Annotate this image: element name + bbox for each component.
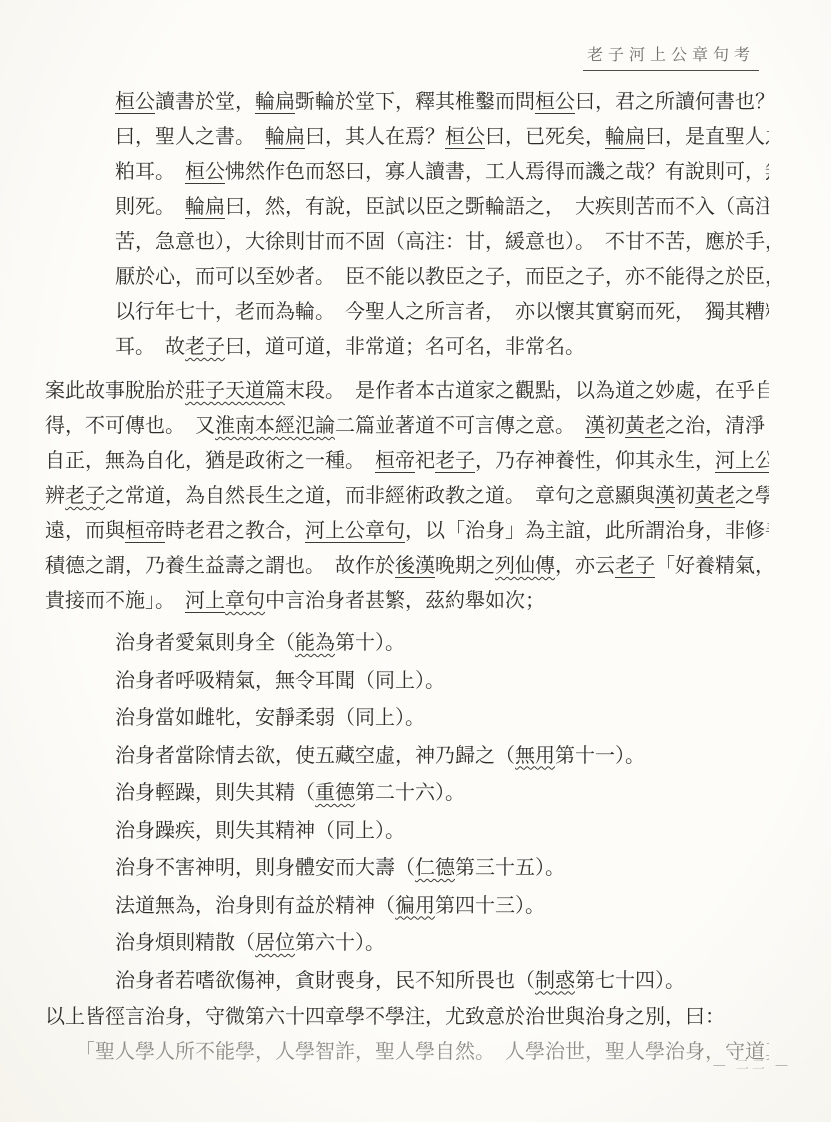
text-line: 耳。 故老子曰，道可道，非常道；名可名，非常名。 xyxy=(115,329,769,364)
text-run: 怫然作色而怒曰，寡人讀書，工人焉得而譏之哉？有說則可，無說 xyxy=(225,159,769,183)
text-run: 治身者當除情去欲，使五藏空虛，神乃歸之（ xyxy=(115,743,515,767)
text-run: 讀書於堂， xyxy=(155,89,255,113)
scanned-book-page: 老子河上公章句考 桓公讀書於堂，輪扁斲輪於堂下，釋其椎鑿而問桓公曰，君之所讀何書… xyxy=(0,0,831,1122)
list-item: 治身者呼吸精氣，無令耳聞（同上）。 xyxy=(115,662,769,700)
text-run: 第二十六）。 xyxy=(355,780,465,804)
text-run: 曰，已死矣， xyxy=(485,124,605,148)
text-line: 苦，急意也），大徐則甘而不固（高注：甘，緩意也）。 不甘不苦，應於手， xyxy=(115,224,769,259)
text-run: 厭於心，而可以至妙者。 臣不能以教臣之子，而臣之子，亦不能得之於臣，是 xyxy=(115,264,769,288)
text-run: 案此故事脫胎於 xyxy=(45,378,185,402)
text-run: 曰，然，有說，臣試以臣之斲輪語之， 大疾則苦而不入（高注： xyxy=(225,194,769,218)
text-run: 祀 xyxy=(415,448,435,472)
text-run: 苦，急意也），大徐則甘而不固（高注：甘，緩意也）。 不甘不苦，應於手， xyxy=(115,229,769,253)
book-title-mark: 重德 xyxy=(315,780,355,804)
list-item: 治身煩則精散（居位第六十）。 xyxy=(115,924,769,962)
proper-name-mark: 桓公 xyxy=(445,124,485,149)
text-run: 則死。 xyxy=(115,194,185,218)
text-line: 遠，而與桓帝時老君之教合，河上公章句，以「治身」為主誼，此所謂治身，非修善 xyxy=(45,513,769,548)
author-commentary: 案此故事脫胎於莊子天道篇末段。 是作者本古道家之觀點，以為道之妙處，在乎自 得，… xyxy=(45,373,769,618)
text-run: 初 xyxy=(605,413,625,437)
text-run: 曰，道可道，非常道；名可名，非常名。 xyxy=(225,334,585,358)
page-header: 老子河上公章句考 xyxy=(566,42,776,71)
text-run: 第十）。 xyxy=(335,630,405,654)
proper-name-mark: 老子 xyxy=(615,553,655,578)
proper-name-mark: 桓帝 xyxy=(125,518,165,543)
text-line: 則死。 輪扁曰，然，有說，臣試以臣之斲輪語之， 大疾則苦而不入（高注： xyxy=(115,189,769,224)
text-run: 「聖人學人所不能學，人學智詐，聖人學自然。 人學治世，聖人學治身，守道真 xyxy=(75,1039,769,1063)
text-run: 第七十四）。 xyxy=(575,968,685,992)
text-run: 時老君之教合， xyxy=(165,518,305,542)
list-item: 治身躁疾，則失其精神（同上）。 xyxy=(115,812,769,850)
list-item: 法道無為，治身則有益於精神（徧用第四十三）。 xyxy=(115,887,769,925)
closing-remark: 以上皆徑言治身，守微第六十四章學不學注，尤致意於治世與治身之別，曰： xyxy=(45,999,769,1034)
book-title-mark: 徧用 xyxy=(395,893,435,917)
proper-name-mark: 河上 xyxy=(185,588,225,613)
proper-name-mark: 輪扁 xyxy=(605,124,645,149)
text-run: 曰，君之所讀何書也？ xyxy=(575,89,769,113)
text-run: 治身躁疾，則失其精神（同上）。 xyxy=(115,818,405,842)
proper-name-mark: 桓公 xyxy=(185,159,225,184)
text-run: 之常道，為自然長生之道，而非經術政教之道。 章句之意顯與 xyxy=(105,483,655,507)
page-number: — 二二 — xyxy=(713,1054,791,1073)
text-run: 治身當如雌牝，安靜柔弱（同上）。 xyxy=(115,705,425,729)
proper-name-mark: 輪扁 xyxy=(255,89,295,114)
proper-name-mark: 漢 xyxy=(585,413,605,438)
text-line: 積德之謂，乃養生益壽之謂也。 故作於後漢晚期之列仙傳，亦云老子「好養精氣， xyxy=(45,548,769,583)
text-run: 第十一）。 xyxy=(555,743,645,767)
text-run: ，以「治身」為主誼，此所謂治身，非修善 xyxy=(405,518,769,542)
book-title-mark: 老子 xyxy=(65,483,105,507)
proper-name-mark: 老子 xyxy=(435,448,475,473)
proper-name-mark: 後漢 xyxy=(395,553,435,578)
text-run: 第三十五）。 xyxy=(455,855,565,879)
list-item: 治身者當除情去欲，使五藏空虛，神乃歸之（無用第十一）。 xyxy=(115,737,769,775)
text-run: 遠，而與 xyxy=(45,518,125,542)
text-run: 曰，聖人之書。 xyxy=(115,124,265,148)
text-run: 治身煩則精散（ xyxy=(115,930,255,954)
book-title-mark: 莊子天道篇 xyxy=(185,378,285,402)
proper-name-mark: 桓公 xyxy=(535,89,575,114)
text-run: 法道無為，治身則有益於精神（ xyxy=(115,893,395,917)
list-item: 治身當如雌牝，安靜柔弱（同上）。 xyxy=(115,699,769,737)
text-run: 自正，無為自化，猶是政術之一種。 xyxy=(45,448,375,472)
text-line: 以行年七十，老而為輪。 今聖人之所言者， 亦以懷其實窮而死， 獨其糟粕在 xyxy=(115,294,769,329)
text-line: 以上皆徑言治身，守微第六十四章學不學注，尤致意於治世與治身之別，曰： xyxy=(45,999,769,1034)
text-run: 辨 xyxy=(45,483,65,507)
book-title-mark: 老子 xyxy=(185,334,225,358)
page-body: 桓公讀書於堂，輪扁斲輪於堂下，釋其椎鑿而問桓公曰，君之所讀何書也？桓公 曰，聖人… xyxy=(45,84,769,1069)
proper-name-mark: 河上公章句 xyxy=(305,518,405,543)
text-line: 辨老子之常道，為自然長生之道，而非經術政教之道。 章句之意顯與漢初黃老之學 xyxy=(45,478,769,513)
heshanggong-commentary-quote: 「聖人學人所不能學，人學智詐，聖人學自然。 人學治世，聖人學治身，守道真 xyxy=(75,1034,769,1069)
text-run: 曰，是直聖人之糟 xyxy=(645,124,769,148)
book-title-mark: 列仙傳 xyxy=(495,553,555,577)
text-run: 斲輪於堂下，釋其椎鑿而問 xyxy=(295,89,535,113)
text-run: 耳。 故 xyxy=(115,334,185,358)
text-line: 自正，無為自化，猶是政術之一種。 桓帝祀老子，乃存神養性，仰其永生，河上公 xyxy=(45,443,769,478)
text-run: 晚期之 xyxy=(435,553,495,577)
text-run: 治身不害神明，則身體安而大壽（ xyxy=(115,855,415,879)
book-title-mark: 能為 xyxy=(295,630,335,654)
text-run: 治身者若嗜欲傷神，貪財喪身，民不知所畏也（ xyxy=(115,968,535,992)
proper-name-mark: 黃老 xyxy=(695,483,735,508)
text-run: 中言治身者甚繁，茲約舉如次； xyxy=(265,588,545,612)
list-item: 治身者愛氣則身全（能為第十）。 xyxy=(115,624,769,662)
proper-name-mark: 黃老 xyxy=(625,413,665,438)
text-run: 得，不可傳也。 又 xyxy=(45,413,215,437)
text-line: 厭於心，而可以至妙者。 臣不能以教臣之子，而臣之子，亦不能得之於臣，是 xyxy=(115,259,769,294)
proper-name-mark: 輪扁 xyxy=(185,194,225,219)
proper-name-mark: 桓公 xyxy=(115,89,155,114)
text-line: 得，不可傳也。 又淮南本經氾論二篇並著道不可言傳之意。 漢初黃老之治，清淨 xyxy=(45,408,769,443)
text-run: 「好養精氣， xyxy=(655,553,769,577)
proper-name-mark: 輪扁 xyxy=(265,124,305,149)
text-run: 之學 xyxy=(735,483,769,507)
text-run: 第六十）。 xyxy=(295,930,385,954)
text-run: 之治，清淨 xyxy=(665,413,765,437)
text-line: 貴接而不施」。 河上章句中言治身者甚繁，茲約舉如次； xyxy=(45,583,769,618)
book-title-mark: 無用 xyxy=(515,743,555,767)
text-run: ，亦云 xyxy=(555,553,615,577)
zhishen-passage-list: 治身者愛氣則身全（能為第十）。 治身者呼吸精氣，無令耳聞（同上）。 治身當如雌牝… xyxy=(115,624,769,999)
proper-name-mark: 桓帝 xyxy=(375,448,415,473)
book-title-mark: 淮南本經氾論 xyxy=(215,413,335,437)
text-run: 治身者呼吸精氣，無令耳聞（同上）。 xyxy=(115,668,445,692)
text-run: ，乃存神養性，仰其永生， xyxy=(475,448,715,472)
text-run: 第四十三）。 xyxy=(435,893,545,917)
text-run: 粕耳。 xyxy=(115,159,185,183)
text-line: 「聖人學人所不能學，人學智詐，聖人學自然。 人學治世，聖人學治身，守道真 xyxy=(75,1034,769,1069)
text-run: 以上皆徑言治身，守微第六十四章學不學注，尤致意於治世與治身之別，曰： xyxy=(45,1004,725,1028)
book-title-mark: 仁德 xyxy=(415,855,455,879)
text-run: 末段。 是作者本古道家之觀點，以為道之妙處，在乎自 xyxy=(285,378,769,402)
book-title-mark: 制惑 xyxy=(535,968,575,992)
text-run: 治身輕躁，則失其精（ xyxy=(115,780,315,804)
book-title-mark: 章句 xyxy=(225,588,265,612)
running-title: 老子河上公章句考 xyxy=(583,42,759,71)
text-run: 以行年七十，老而為輪。 今聖人之所言者， 亦以懷其實窮而死， 獨其糟粕在 xyxy=(115,299,769,323)
text-line: 桓公讀書於堂，輪扁斲輪於堂下，釋其椎鑿而問桓公曰，君之所讀何書也？桓公 xyxy=(115,84,769,119)
text-run: 曰，其人在焉？ xyxy=(305,124,445,148)
text-run: 二篇並著道不可言傳之意。 xyxy=(335,413,585,437)
proper-name-mark: 河上公 xyxy=(715,448,769,473)
text-line: 曰，聖人之書。 輪扁曰，其人在焉？桓公曰，已死矣，輪扁曰，是直聖人之糟 xyxy=(115,119,769,154)
book-title-mark: 居位 xyxy=(255,930,295,954)
list-item: 治身不害神明，則身體安而大壽（仁德第三十五）。 xyxy=(115,849,769,887)
text-line: 粕耳。 桓公怫然作色而怒曰，寡人讀書，工人焉得而譏之哉？有說則可，無說 xyxy=(115,154,769,189)
text-line: 案此故事脫胎於莊子天道篇末段。 是作者本古道家之觀點，以為道之妙處，在乎自 xyxy=(45,373,769,408)
proper-name-mark: 漢 xyxy=(655,483,675,508)
text-run: 積德之謂，乃養生益壽之謂也。 故作於 xyxy=(45,553,395,577)
text-run: 貴接而不施」。 xyxy=(45,588,185,612)
list-item: 治身者若嗜欲傷神，貪財喪身，民不知所畏也（制惑第七十四）。 xyxy=(115,962,769,1000)
text-run: 初 xyxy=(675,483,695,507)
huainanzi-wheelwright-quote: 桓公讀書於堂，輪扁斲輪於堂下，釋其椎鑿而問桓公曰，君之所讀何書也？桓公 曰，聖人… xyxy=(115,84,769,364)
list-item: 治身輕躁，則失其精（重德第二十六）。 xyxy=(115,774,769,812)
text-run: 治身者愛氣則身全（ xyxy=(115,630,295,654)
